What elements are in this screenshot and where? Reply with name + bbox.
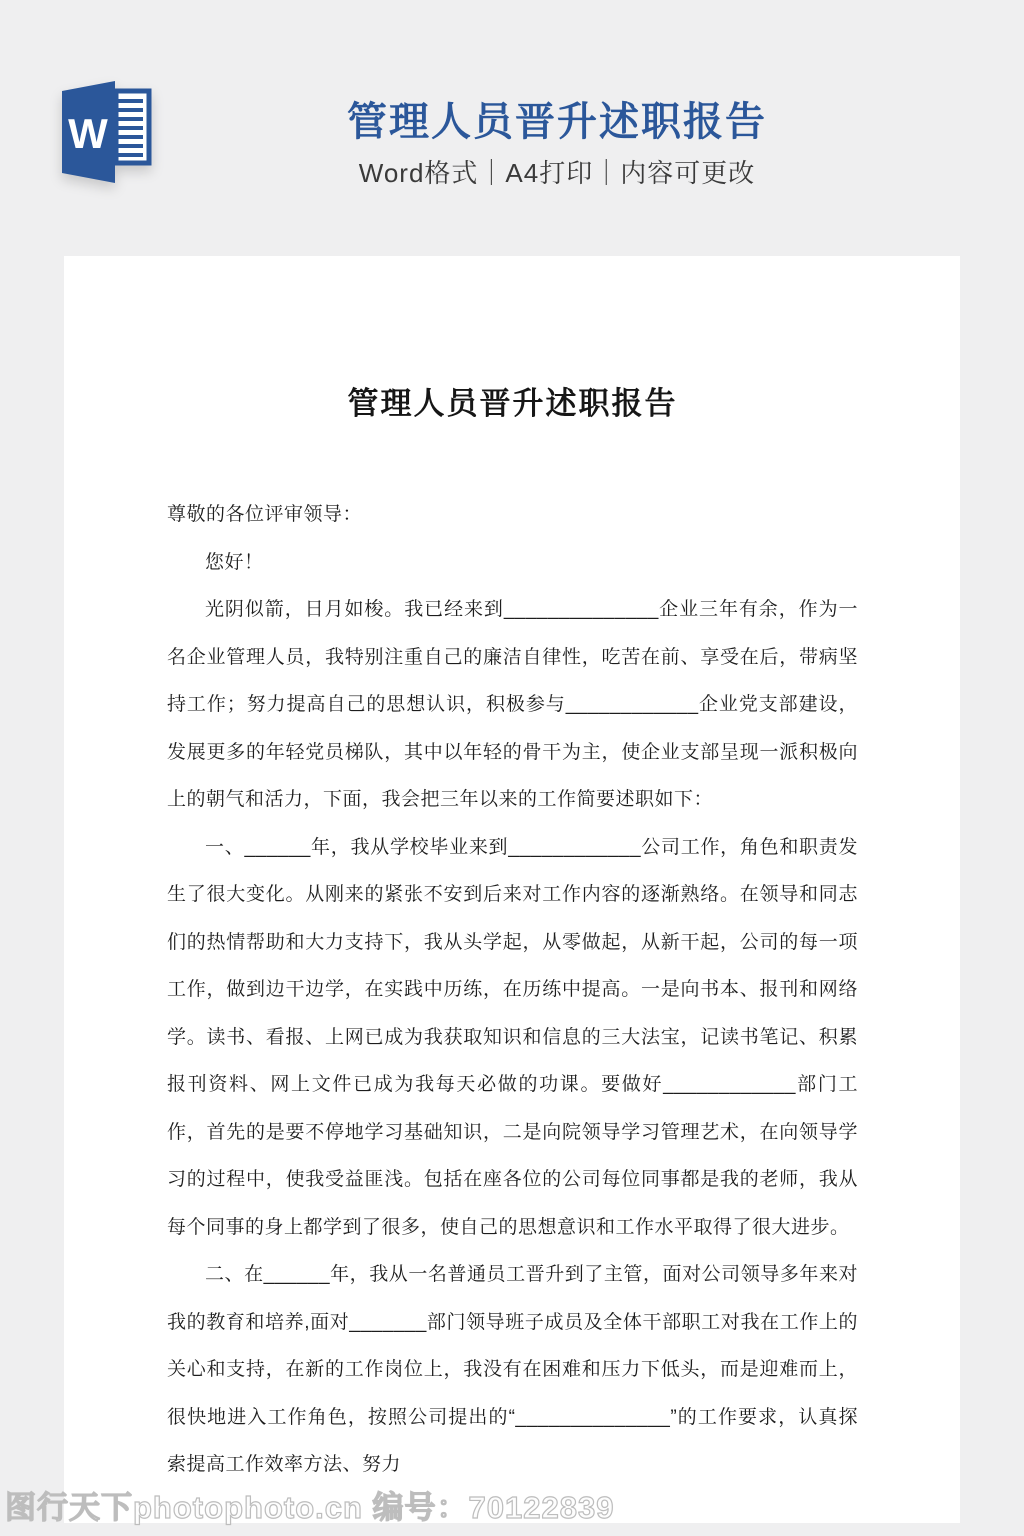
header-subtitle: Word格式｜A4打印｜内容可更改 <box>90 153 1024 190</box>
document-title: 管理人员晋升述职报告 <box>167 378 858 423</box>
document-card: 管理人员晋升述职报告 尊敬的各位评审领导： 您好！ 光阴似箭，日月如梭。我已经来… <box>64 256 960 1523</box>
doc-paragraph-intro: 光阴似箭，日月如梭。我已经来到______________企业三年有余，作为一名… <box>167 586 858 824</box>
site-watermark: 图行天下photophoto.cn 编号：70122839 <box>5 1482 614 1527</box>
doc-paragraph-section-two: 二、在______年，我从一名普通员工晋升到了主管，面对公司领导多年来对我的教育… <box>167 1251 858 1489</box>
header-title: 管理人员晋升述职报告 <box>90 90 1024 147</box>
doc-paragraph-greeting: 您好！ <box>167 539 858 587</box>
doc-paragraph-section-one: 一、______年，我从学校毕业来到____________公司工作，角色和职责… <box>167 824 858 1252</box>
promo-header: W 管理人员晋升述职报告 Word格式｜A4打印｜内容可更改 <box>0 0 1024 230</box>
doc-paragraph-salutation: 尊敬的各位评审领导： <box>167 491 858 539</box>
